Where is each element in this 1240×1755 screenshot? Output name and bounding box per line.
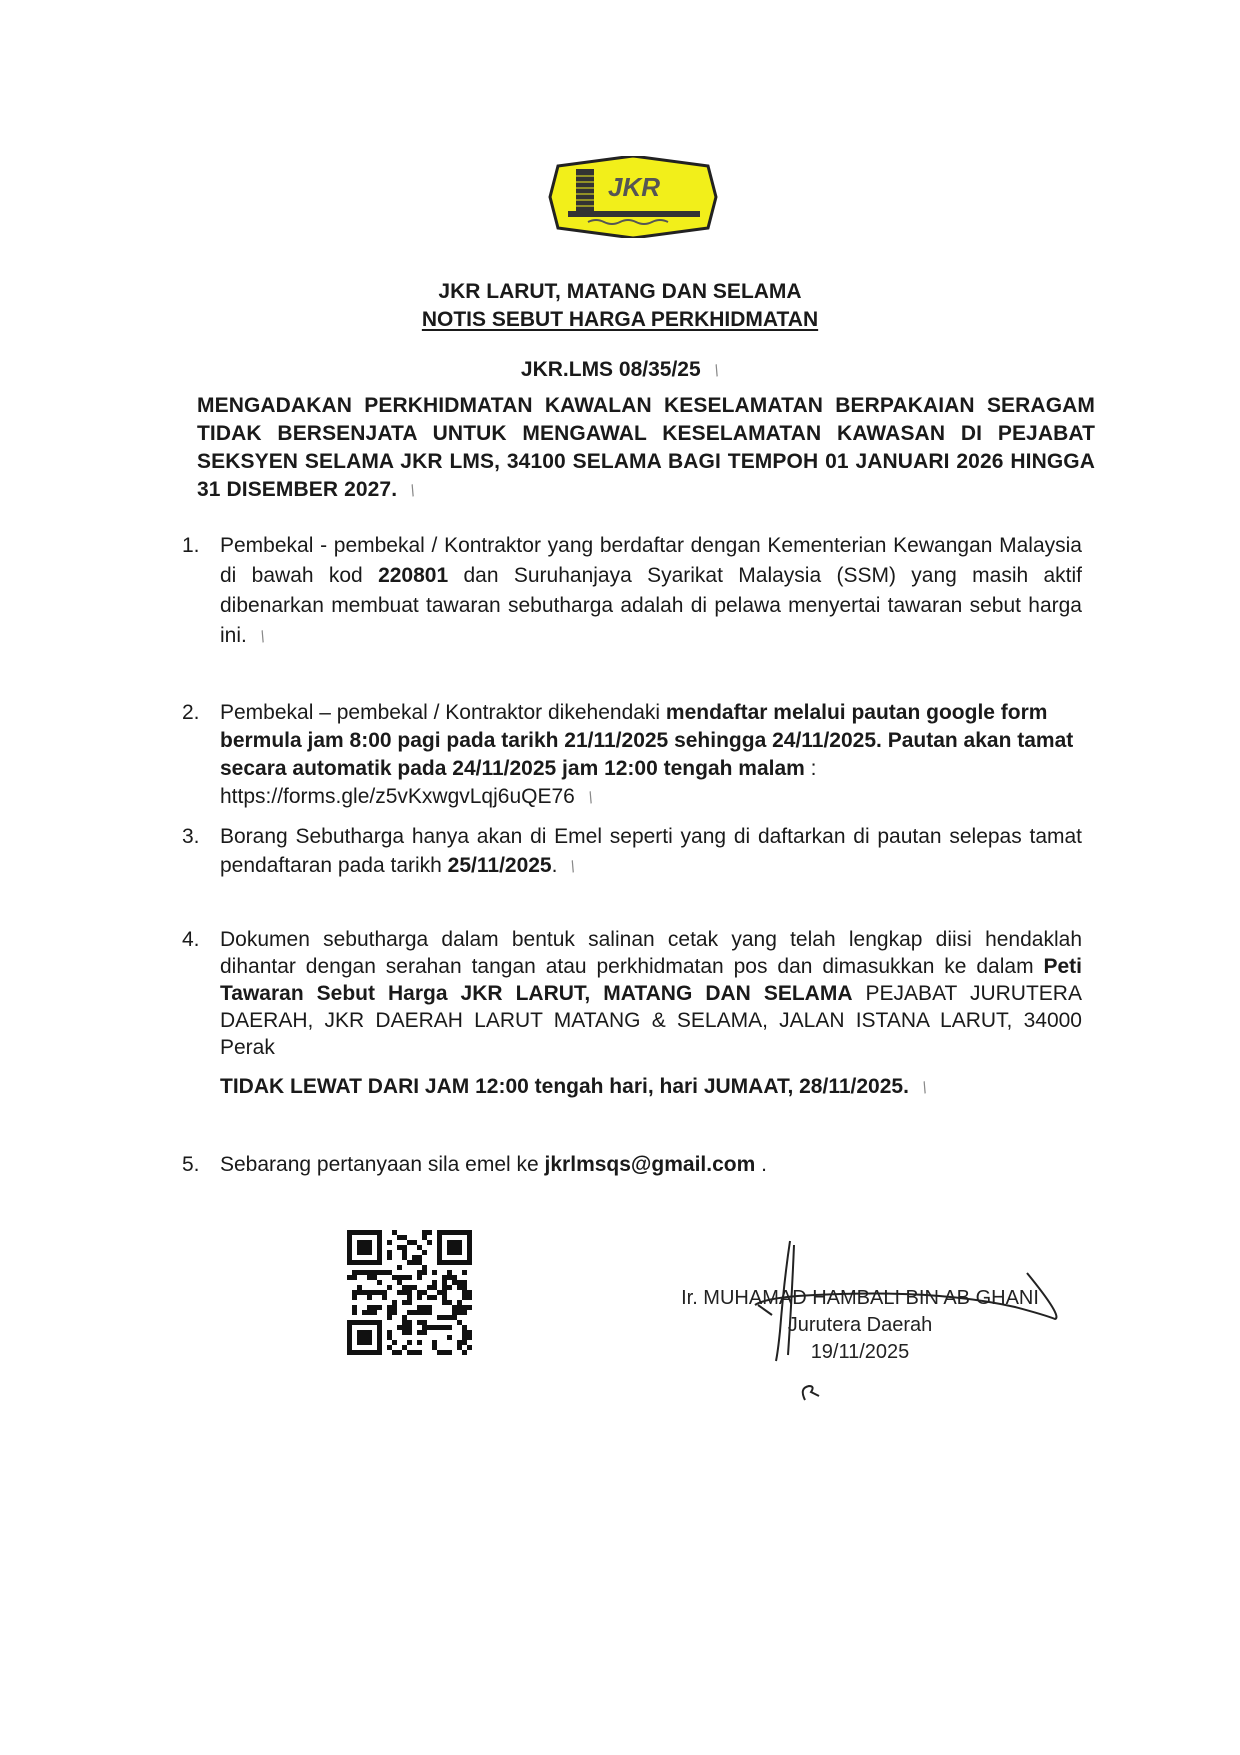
- item-text: .: [552, 854, 558, 877]
- signatory-position: Jurutera Daerah: [640, 1312, 1080, 1339]
- submission-deadline: TIDAK LEWAT DARI JAM 12:00 tengah hari, …: [220, 1075, 927, 1099]
- item-text: Sebarang pertanyaan sila emel ke: [220, 1153, 545, 1176]
- svg-text:JKR: JKR: [608, 172, 660, 202]
- item-number: 3.: [182, 822, 212, 851]
- check-mark-icon: /: [567, 853, 581, 882]
- list-item: 5. Sebarang pertanyaan sila emel ke jkrl…: [182, 1150, 1082, 1180]
- item-number: 4.: [182, 926, 212, 953]
- item-number: 5.: [182, 1150, 212, 1180]
- item-body: Pembekal – pembekal / Kontraktor dikehen…: [220, 699, 1082, 813]
- check-mark-icon: /: [584, 785, 598, 813]
- item-text: Pembekal – pembekal / Kontraktor dikehen…: [220, 701, 666, 724]
- list-item: 1. Pembekal - pembekal / Kontraktor yang…: [182, 531, 1082, 653]
- list-item: 2. Pembekal – pembekal / Kontraktor dike…: [182, 699, 1082, 813]
- item-number: 2.: [182, 699, 212, 727]
- tender-title: MENGADAKAN PERKHIDMATAN KAWALAN KESELAMA…: [197, 392, 1095, 506]
- signature-date: 19/11/2025: [640, 1339, 1080, 1366]
- item-text: .: [755, 1153, 767, 1176]
- item-text-bold: jkrlmsqs@gmail.com: [545, 1153, 756, 1176]
- list-item: 4. Dokumen sebutharga dalam bentuk salin…: [182, 926, 1082, 1061]
- item-body: Sebarang pertanyaan sila emel ke jkrlmsq…: [220, 1150, 1082, 1180]
- list-item: 3. Borang Sebutharga hanya akan di Emel …: [182, 822, 1082, 882]
- item-number: 1.: [182, 531, 212, 561]
- notice-title: NOTIS SEBUT HARGA PERKHIDMATAN: [0, 308, 1240, 332]
- item-text: Borang Sebutharga hanya akan di Emel sep…: [220, 825, 1082, 877]
- jkr-logo: JKR: [548, 156, 718, 238]
- item-text-bold: 25/11/2025: [448, 854, 552, 877]
- check-mark-icon: /: [920, 1080, 930, 1098]
- item-text-bold: 220801: [378, 564, 448, 587]
- reference-text: JKR.LMS 08/35/25: [521, 358, 701, 381]
- item-body: Borang Sebutharga hanya akan di Emel sep…: [220, 822, 1082, 882]
- check-mark-icon: /: [256, 623, 270, 653]
- qr-code-image[interactable]: [347, 1230, 472, 1355]
- reference-number: JKR.LMS 08/35/25/: [0, 358, 1240, 382]
- office-heading: JKR LARUT, MATANG DAN SELAMA: [0, 280, 1240, 304]
- item-body: Pembekal - pembekal / Kontraktor yang be…: [220, 531, 1082, 653]
- item-body: Dokumen sebutharga dalam bentuk salinan …: [220, 926, 1082, 1061]
- signatory-block: Ir. MUHAMAD HAMBALI BIN AB GHANI Juruter…: [640, 1285, 1080, 1366]
- check-mark-icon: /: [406, 478, 420, 506]
- signatory-name: Ir. MUHAMAD HAMBALI BIN AB GHANI: [640, 1285, 1080, 1312]
- deadline-text: TIDAK LEWAT DARI JAM 12:00 tengah hari, …: [220, 1075, 909, 1098]
- tender-title-text: MENGADAKAN PERKHIDMATAN KAWALAN KESELAMA…: [197, 394, 1095, 501]
- check-mark-icon: /: [712, 363, 722, 381]
- item-text: Dokumen sebutharga dalam bentuk salinan …: [220, 928, 1082, 978]
